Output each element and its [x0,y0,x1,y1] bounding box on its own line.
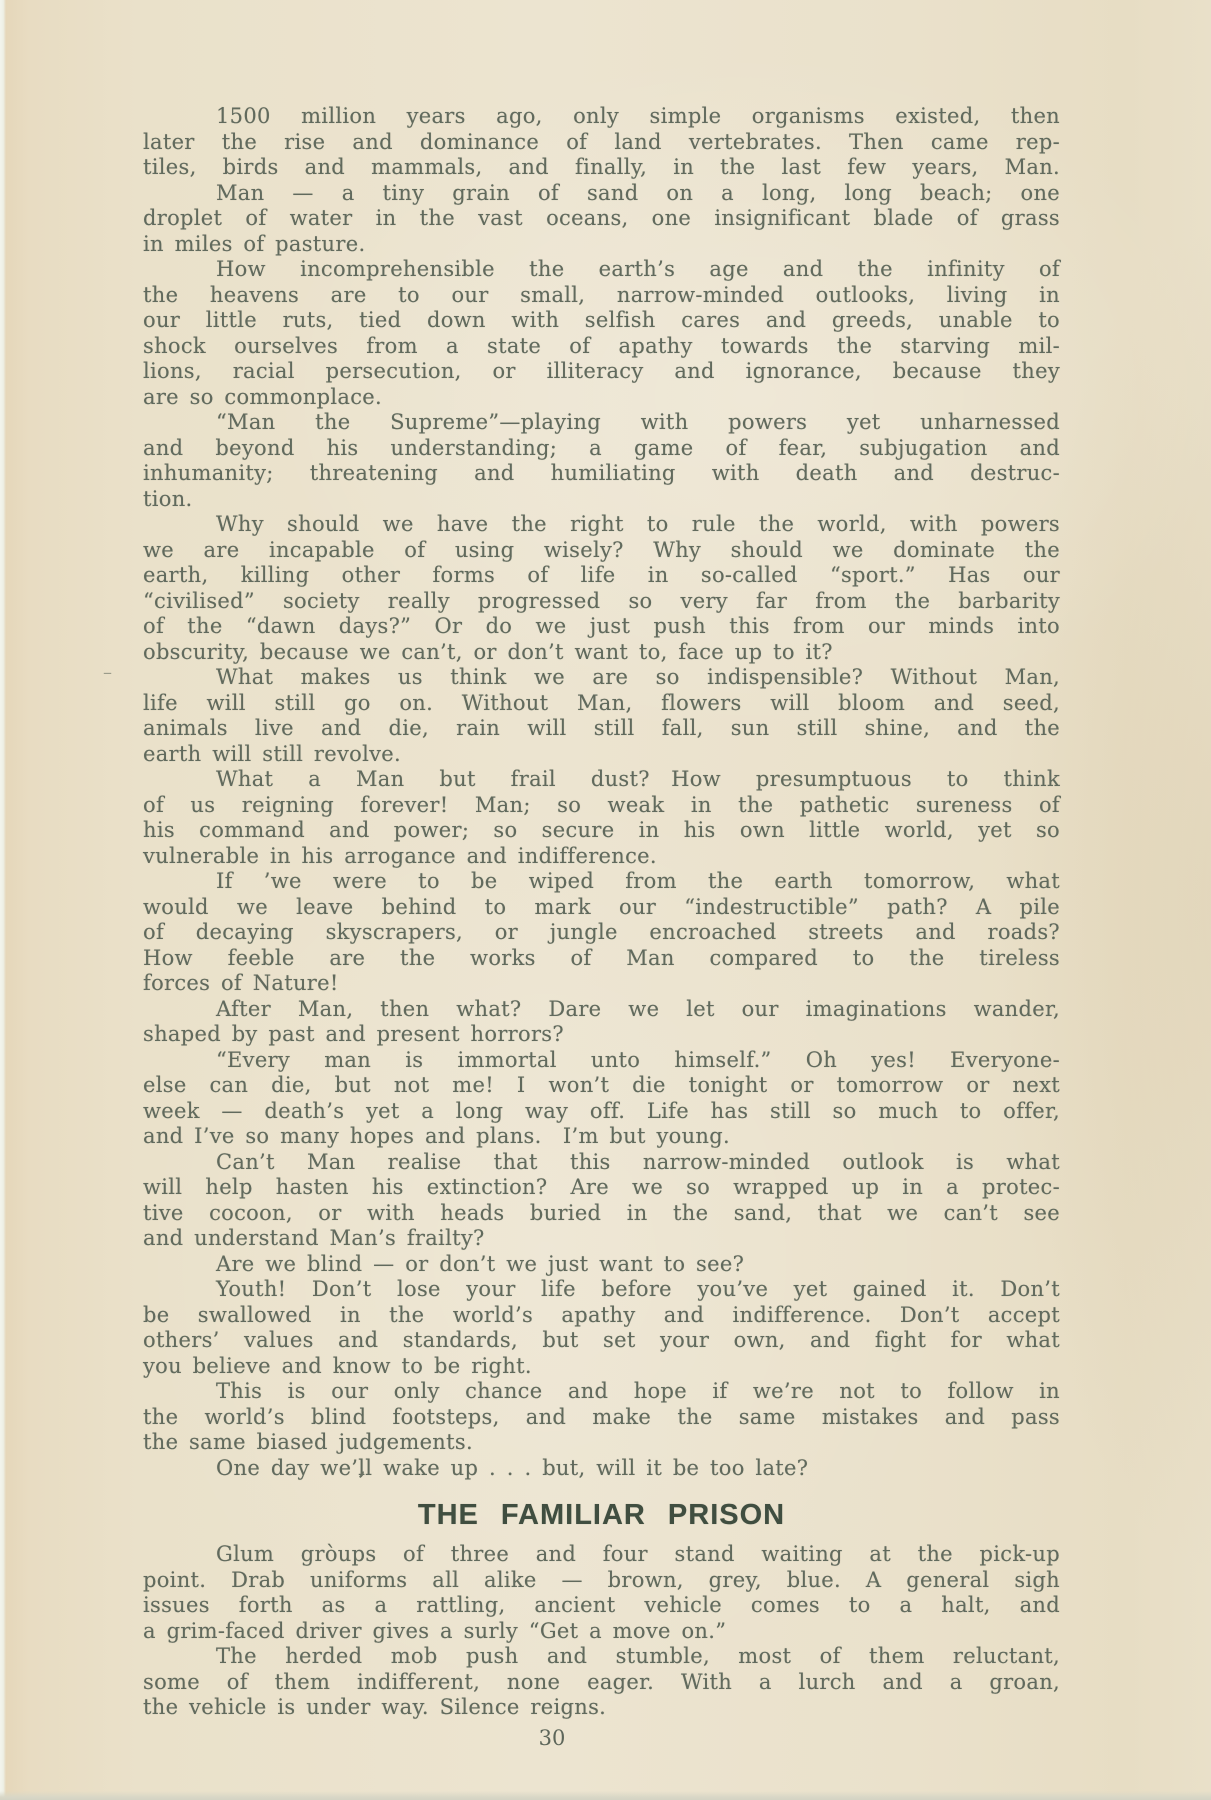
scanned-page: 1500 million years ago, only simple orga… [0,0,1211,1800]
text-line: our little ruts, tied down with selfish … [143,308,1060,334]
text-line: a grim-faced driver gives a surly “Get a… [143,1619,1060,1645]
scan-edge-bottom [0,1791,1211,1800]
text-line: later the rise and dominance of land ver… [143,130,1060,156]
text-line: “civilised” society really progressed so… [143,589,1060,615]
text-line: his command and power; so secure in his … [143,818,1060,844]
text-line: tiles, birds and mammals, and finally, i… [143,155,1060,181]
text-line: are so commonplace. [143,385,1060,411]
text-line: tive cocoon, or with heads buried in the… [143,1201,1060,1227]
text-line: shock ourselves from a state of apathy t… [143,334,1060,360]
text-line: Why should we have the right to rule the… [143,512,1060,538]
stray-ink-mark: ’ [358,1468,366,1494]
text-line: the world’s blind footsteps, and make th… [143,1405,1060,1431]
text-column: 1500 million years ago, only simple orga… [143,104,1060,1721]
text-line: The herded mob push and stumble, most of… [143,1644,1060,1670]
stray-dash-mark: – [103,662,112,683]
text-line: the same biased judgements. [143,1430,1060,1456]
text-line: “Every man is immortal unto himself.” Oh… [143,1048,1060,1074]
text-line: Youth! Don’t lose your life before you’v… [143,1277,1060,1303]
text-line: issues forth as a rattling, ancient vehi… [143,1593,1060,1619]
text-line: Man — a tiny grain of sand on a long, lo… [143,181,1060,207]
text-line: some of them indifferent, none eager. Wi… [143,1670,1060,1696]
text-line: After Man, then what? Dare we let our im… [143,997,1060,1023]
text-line: the vehicle is under way. Silence reigns… [143,1695,1060,1721]
text-line: If ’we were to be wiped from the earth t… [143,869,1060,895]
text-line: What a Man but frail dust? How presumptu… [143,767,1060,793]
text-line: would we leave behind to mark our “indes… [143,895,1060,921]
text-line: tion. [143,487,1060,513]
text-line: we are incapable of using wisely? Why sh… [143,538,1060,564]
text-line: shaped by past and present horrors? [143,1022,1060,1048]
text-line: point. Drab uniforms all alike — brown, … [143,1568,1060,1594]
text-line: What makes us think we are so indispensi… [143,665,1060,691]
text-line: others’ values and standards, but set yo… [143,1328,1060,1354]
page-number: 30 [0,1726,1104,1750]
text-line: One day we’ll wake up . . . but, will it… [143,1456,1060,1482]
text-line: earth will still revolve. [143,742,1060,768]
text-line: forces of Nature! [143,971,1060,997]
text-line: the heavens are to our small, narrow-min… [143,283,1060,309]
text-line: of us reigning forever! Man; so weak in … [143,793,1060,819]
text-line: Glum gròups of three and four stand wait… [143,1542,1060,1568]
text-line: be swallowed in the world’s apathy and i… [143,1303,1060,1329]
text-line: week — death’s yet a long way off. Life … [143,1099,1060,1125]
text-line: you believe and know to be right. [143,1354,1060,1380]
text-line: of decaying skyscrapers, or jungle encro… [143,920,1060,946]
text-line: else can die, but not me! I won’t die to… [143,1073,1060,1099]
text-line: vulnerable in his arrogance and indiffer… [143,844,1060,870]
text-line: lions, racial persecution, or illiteracy… [143,359,1060,385]
text-line: Are we blind — or don’t we just want to … [143,1252,1060,1278]
text-line: This is our only chance and hope if we’r… [143,1379,1060,1405]
text-line: How feeble are the works of Man compared… [143,946,1060,972]
text-line: “Man the Supreme”—playing with powers ye… [143,410,1060,436]
text-line: How incomprehensible the earth’s age and… [143,257,1060,283]
text-line: animals live and die, rain will still fa… [143,716,1060,742]
text-line: and I’ve so many hopes and plans. I’m bu… [143,1124,1060,1150]
text-line: of the “dawn days?” Or do we just push t… [143,614,1060,640]
section-heading: THE FAMILIAR PRISON [143,1497,1060,1533]
text-line: earth, killing other forms of life in so… [143,563,1060,589]
text-line: and beyond his understanding; a game of … [143,436,1060,462]
text-line: and understand Man’s frailty? [143,1226,1060,1252]
text-line: inhumanity; threatening and humiliating … [143,461,1060,487]
text-line: life will still go on. Without Man, flow… [143,691,1060,717]
text-line: obscurity, because we can’t, or don’t wa… [143,640,1060,666]
scan-edge-left [0,0,6,1800]
text-line: 1500 million years ago, only simple orga… [143,104,1060,130]
text-line: Can’t Man realise that this narrow-minde… [143,1150,1060,1176]
text-line: droplet of water in the vast oceans, one… [143,206,1060,232]
text-line: will help hasten his extinction? Are we … [143,1175,1060,1201]
text-line: in miles of pasture. [143,232,1060,258]
